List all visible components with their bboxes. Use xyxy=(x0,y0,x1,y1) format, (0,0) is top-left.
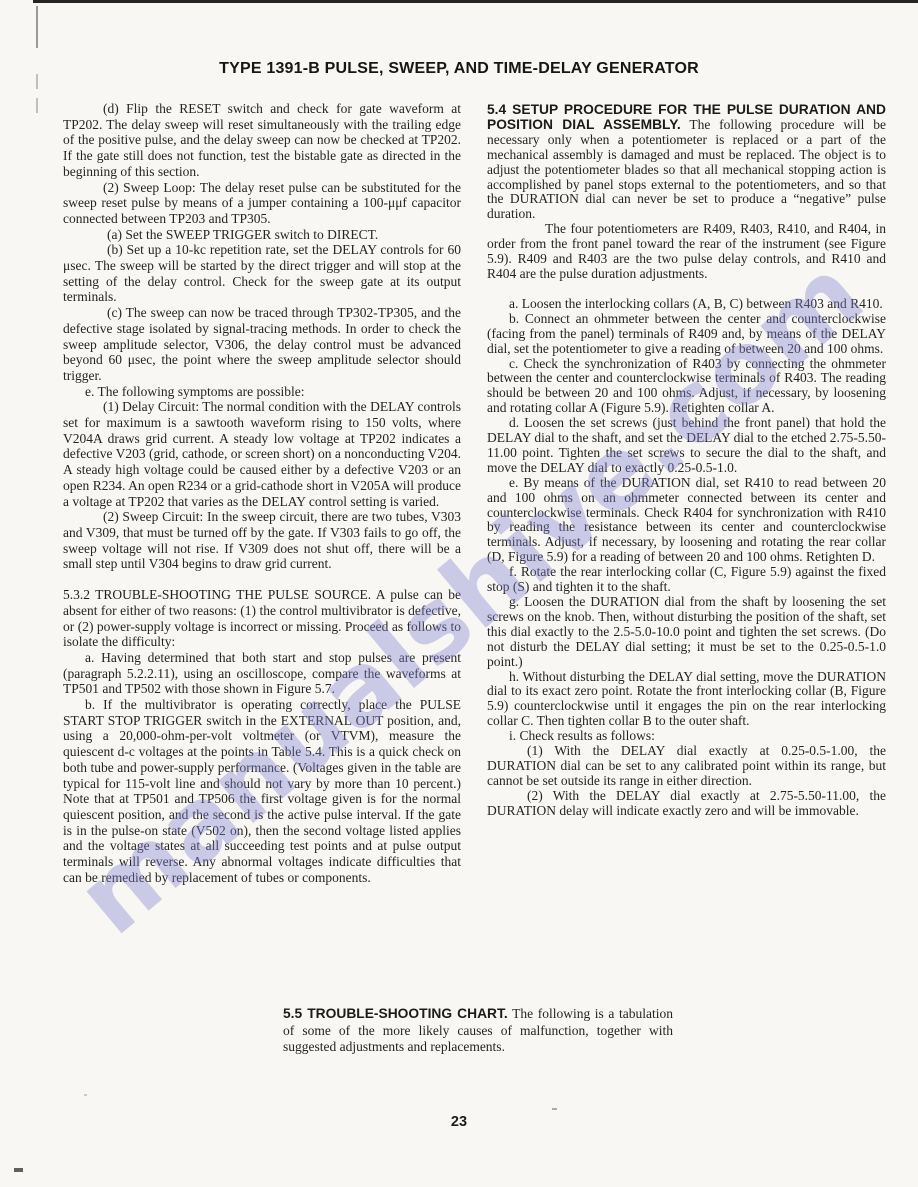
paragraph: 5.3.2 TROUBLE-SHOOTING THE PULSE SOURCE.… xyxy=(63,587,461,650)
scan-edge-artifact xyxy=(33,0,918,3)
paragraph: d. Loosen the set screws (just behind th… xyxy=(487,416,886,476)
page-number: 23 xyxy=(0,1114,918,1130)
paragraph: The four potentiometers are R409, R403, … xyxy=(487,222,886,282)
paragraph: 5.5 TROUBLE-SHOOTING CHART. The followin… xyxy=(283,1006,673,1056)
paragraph: (2) With the DELAY dial exactly at 2.75-… xyxy=(487,789,886,819)
paragraph: e. The following symptoms are possible: xyxy=(63,384,461,400)
document-page: TYPE 1391-B PULSE, SWEEP, AND TIME-DELAY… xyxy=(0,0,918,1187)
paragraph: f. Rotate the rear interlocking collar (… xyxy=(487,565,886,595)
page-header: TYPE 1391-B PULSE, SWEEP, AND TIME-DELAY… xyxy=(0,60,918,78)
paragraph: (c) The sweep can now be traced through … xyxy=(63,305,461,384)
scan-artifact xyxy=(36,6,38,48)
paragraph: (b) Set up a 10-kc repetition rate, set … xyxy=(63,242,461,305)
paragraph: i. Check results as follows: xyxy=(487,729,886,744)
left-column: (d) Flip the RESET switch and check for … xyxy=(63,101,461,885)
right-column: 5.4 SETUP PROCEDURE FOR THE PULSE DURATI… xyxy=(487,103,886,819)
paragraph: (1) With the DELAY dial exactly at 0.25-… xyxy=(487,744,886,789)
paragraph: (a) Set the SWEEP TRIGGER switch to DIRE… xyxy=(63,227,461,243)
scan-artifact xyxy=(84,1094,87,1096)
paragraph: a. Loosen the interlocking collars (A, B… xyxy=(487,297,886,312)
paragraph: e. By means of the DURATION dial, set R4… xyxy=(487,476,886,565)
section-heading: 5.3.2 TROUBLE-SHOOTING THE PULSE SOURCE. xyxy=(63,587,371,602)
paragraph: 5.4 SETUP PROCEDURE FOR THE PULSE DURATI… xyxy=(487,103,886,222)
paragraph: (d) Flip the RESET switch and check for … xyxy=(63,101,461,180)
paragraph: a. Having determined that both start and… xyxy=(63,650,461,697)
section-heading: 5.5 TROUBLE-SHOOTING CHART. xyxy=(283,1006,508,1021)
paragraph: g. Loosen the DURATION dial from the sha… xyxy=(487,595,886,670)
paragraph: (2) Sweep Loop: The delay reset pulse ca… xyxy=(63,180,461,227)
paragraph: b. Connect an ohmmeter between the cente… xyxy=(487,312,886,357)
footer-section: 5.5 TROUBLE-SHOOTING CHART. The followin… xyxy=(283,1006,673,1056)
paragraph: b. If the multivibrator is operating cor… xyxy=(63,697,461,885)
section-heading: 5.4 SETUP PROCEDURE FOR THE PULSE DURATI… xyxy=(487,102,886,132)
scan-artifact xyxy=(14,1168,23,1172)
paragraph: (2) Sweep Circuit: In the sweep circuit,… xyxy=(63,509,461,572)
scan-artifact xyxy=(36,98,38,113)
paragraph: h. Without disturbing the DELAY dial set… xyxy=(487,670,886,730)
scan-artifact xyxy=(552,1108,557,1110)
paragraph: (1) Delay Circuit: The normal condition … xyxy=(63,399,461,509)
paragraph: c. Check the synchronization of R403 by … xyxy=(487,357,886,417)
